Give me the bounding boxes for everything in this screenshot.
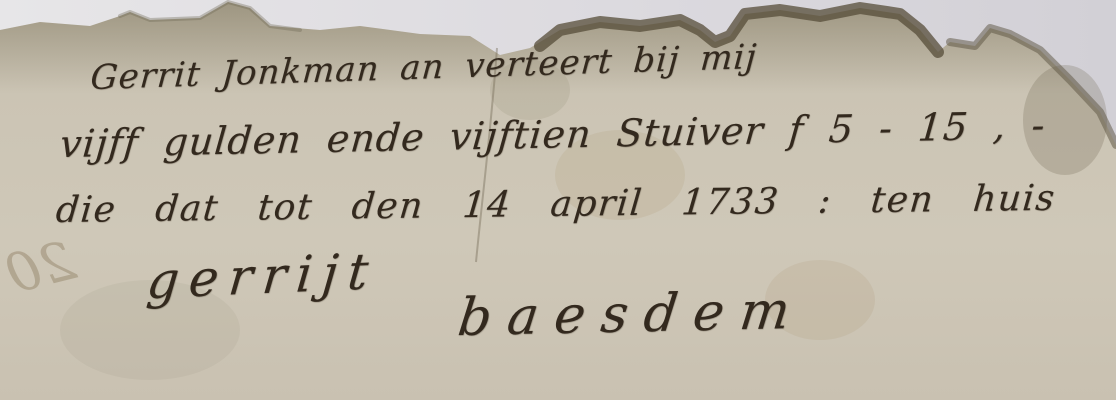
photographed-document: Gerrit Jonkman an verteert bij mij vijff… xyxy=(0,0,1116,400)
signature-last-name: baesdem xyxy=(455,281,809,348)
signature-first-name: gerrijt xyxy=(144,242,380,310)
